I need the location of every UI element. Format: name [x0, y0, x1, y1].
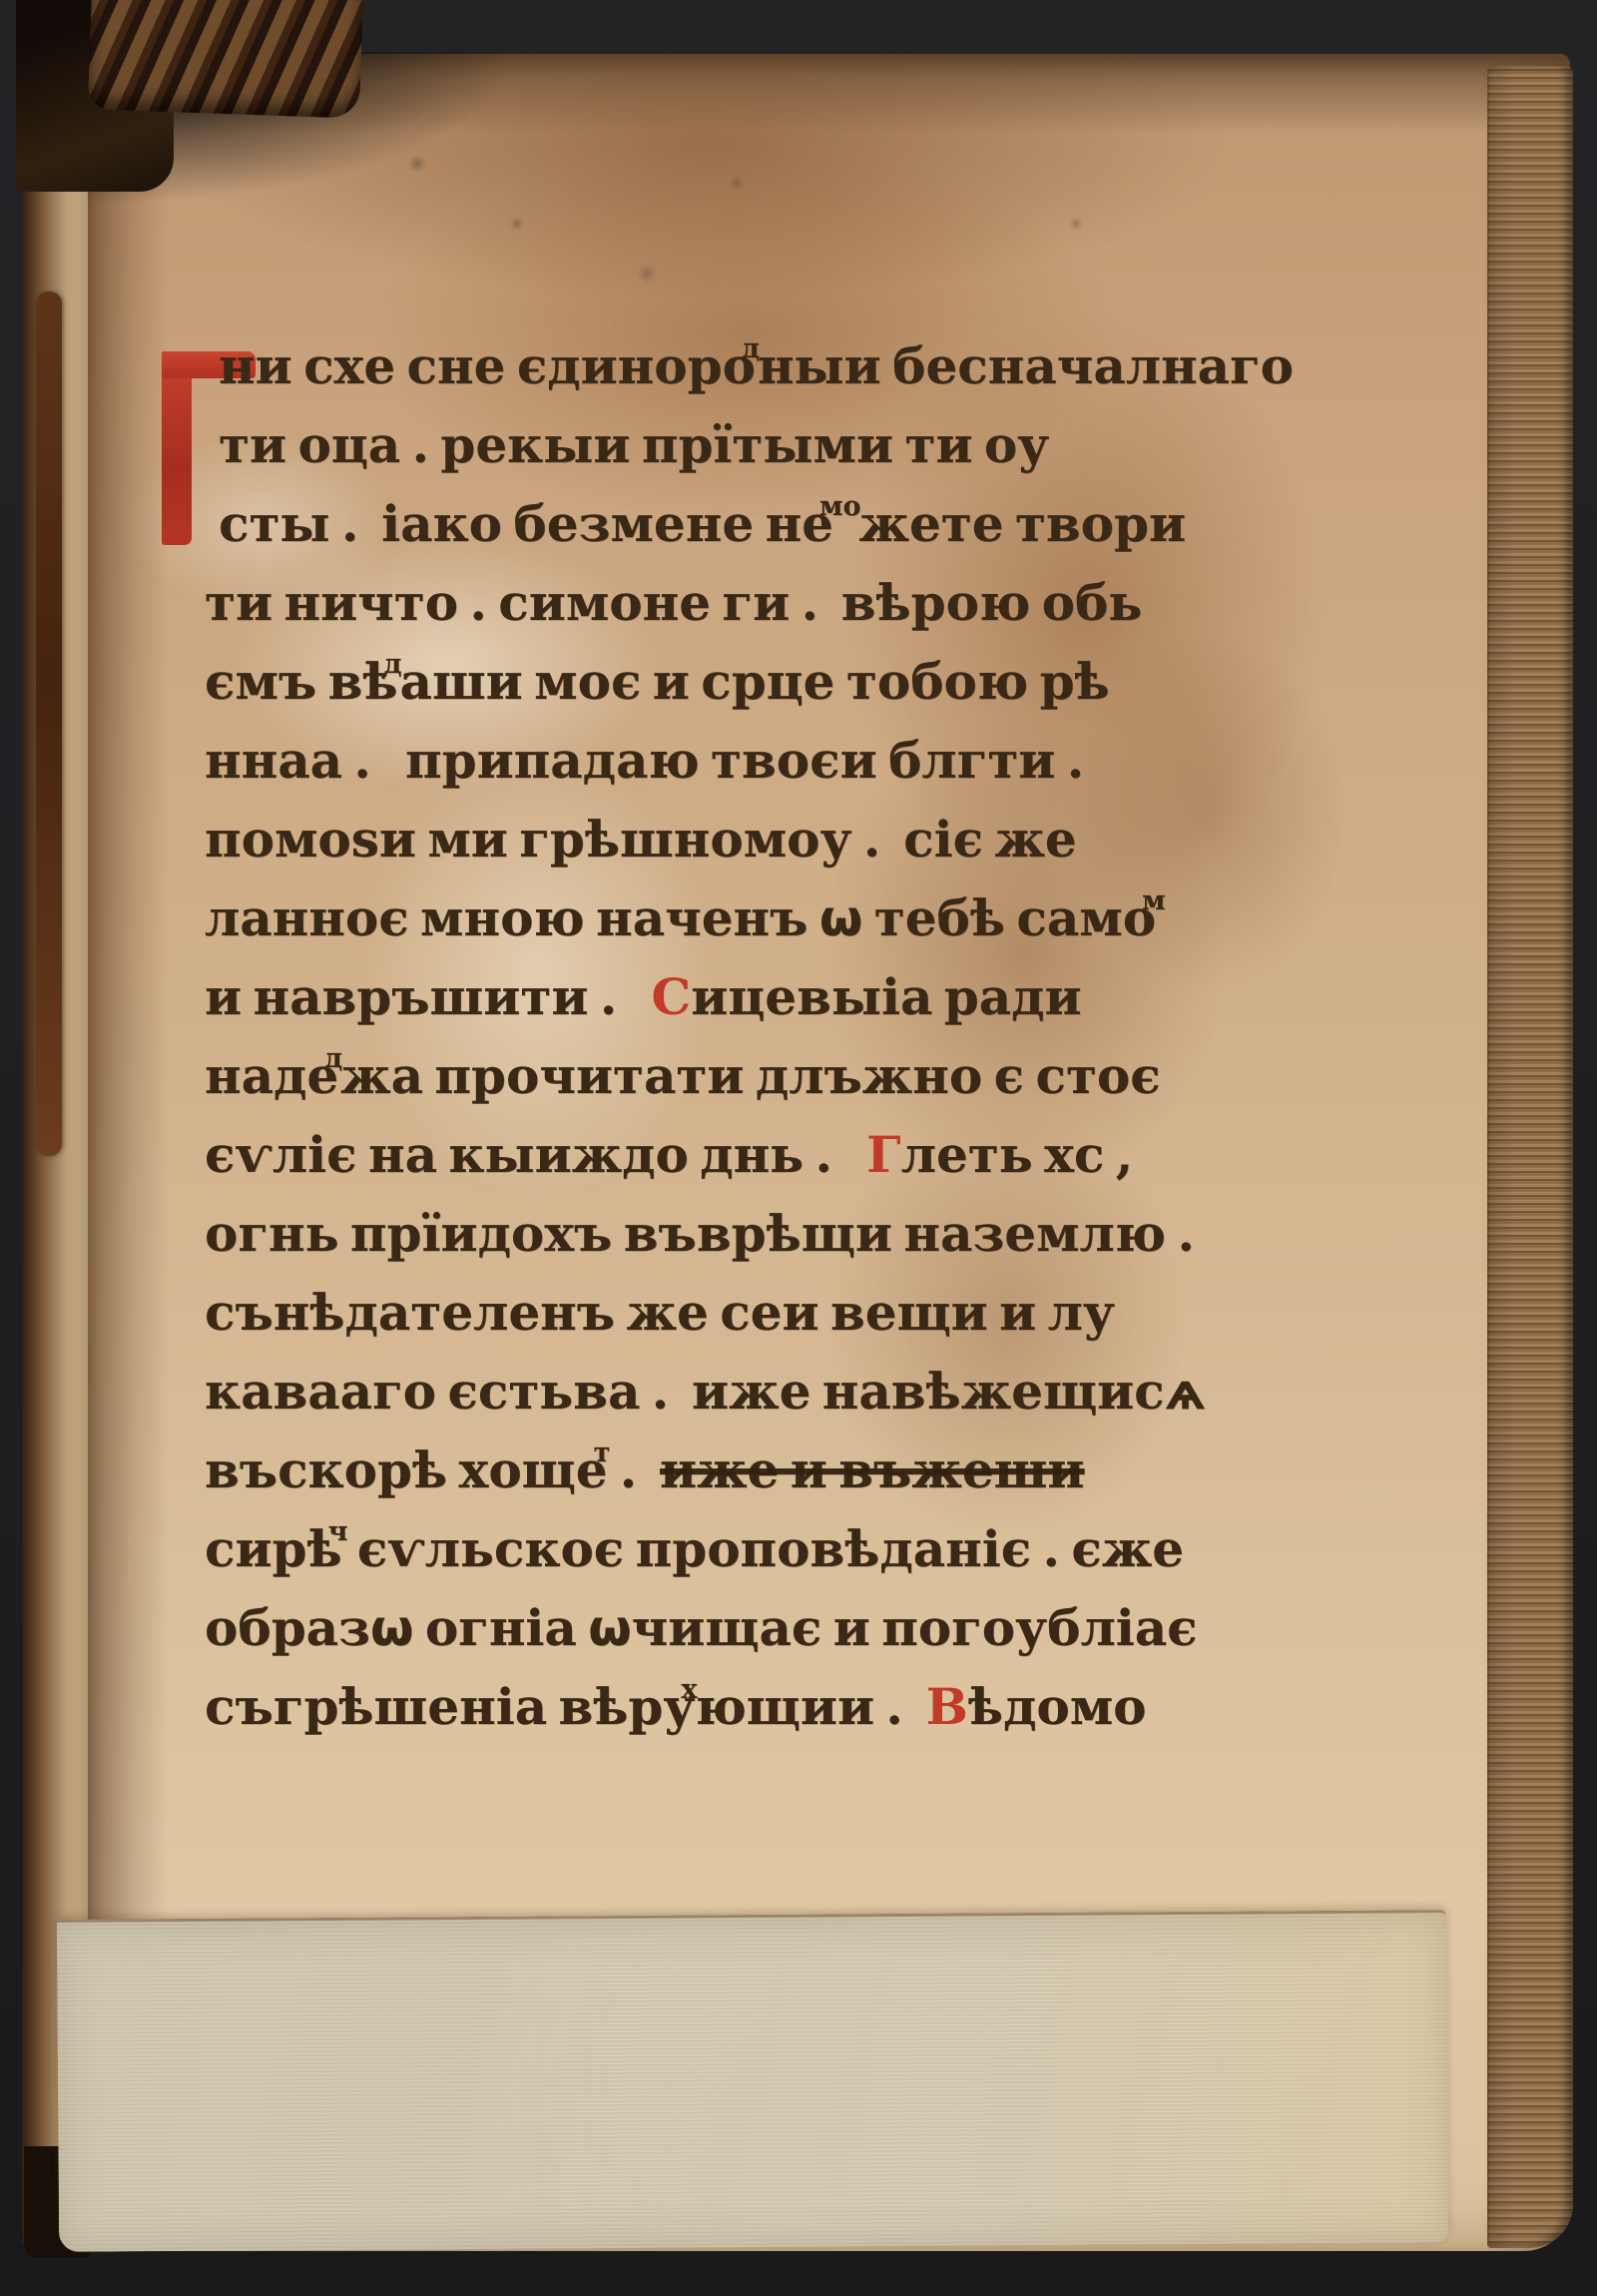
ink-text: аши моє и срце тобою рѣ	[400, 652, 1110, 711]
manuscript-line: помоѕи ми грѣшномоу . сіє же	[205, 815, 1243, 893]
binding-strap	[88, 0, 363, 119]
rubric-initial: С	[651, 967, 691, 1026]
ink-text: .	[608, 1440, 660, 1499]
superscript-letter: т	[594, 1437, 611, 1468]
manuscript-line: сънѣдателенъ же сеи вещи и лу	[205, 1288, 1243, 1367]
manuscript-line: сирѣч єѵльскоє проповѣданіє . єже	[205, 1524, 1243, 1603]
superscript-letter: д	[742, 333, 760, 364]
rubric-initial: В	[926, 1677, 968, 1736]
manuscript-line: ємъ вѣдаши моє и срце тобою рѣ	[205, 657, 1243, 736]
manuscript-line: ннаа . припадаю твоєи блгти .	[205, 736, 1243, 815]
manuscript-line: и навръшити . Сицевыіа ради	[205, 972, 1243, 1051]
ink-text: сты . іако безмене не	[219, 494, 833, 553]
superscript-letter: м	[1142, 885, 1165, 916]
superscript-letter: д	[324, 1043, 342, 1074]
manuscript-line: єѵліє на кыиждо днь . Глеть хс ,	[205, 1130, 1243, 1209]
ink-text: ти ничто . симоне ги . вѣрою обь	[205, 573, 1142, 632]
ink-text: кавааго єстьва . иже навѣжещисѧ	[205, 1362, 1206, 1421]
ink-text: ємъ вѣ	[205, 652, 398, 711]
ink-text: ни схе сне єдиноро	[219, 336, 756, 395]
fore-edge-page-stack	[1487, 66, 1573, 2248]
superscript-letter: мо	[819, 491, 860, 522]
ink-text: сънѣдателенъ же сеи вещи и лу	[205, 1283, 1115, 1342]
superscript-letter: ч	[328, 1516, 348, 1547]
manuscript-photo: Г ни схе сне єдинородныи бесначалнаготи …	[0, 0, 1597, 2296]
repair-patch	[57, 1910, 1448, 2252]
manuscript-line: кавааго єстьва . иже навѣжещисѧ	[205, 1367, 1243, 1445]
ink-text: образѡ огніа ѡчищає и погоубліає	[205, 1598, 1198, 1657]
manuscript-line: въскорѣ хощет . иже и въжеши	[205, 1445, 1243, 1524]
manuscript-line: ти ничто . симоне ги . вѣрою обь	[205, 578, 1243, 657]
ink-text: огнь прїидохъ въврѣщи наземлю .	[205, 1204, 1195, 1263]
manuscript-line: образѡ огніа ѡчищає и погоубліає	[205, 1603, 1243, 1682]
superscript-letter: х	[681, 1674, 697, 1705]
ink-text: ланноє мною наченъ ѡ тебѣ само	[205, 888, 1156, 947]
manuscript-line: ни схе сне єдинородныи бесначалнаго	[205, 341, 1243, 420]
manuscript-line: ланноє мною наченъ ѡ тебѣ самом	[205, 893, 1243, 972]
ink-text: сирѣ	[205, 1519, 342, 1578]
rubric-initial: Г	[866, 1125, 901, 1184]
ink-text: ннаа . припадаю твоєи блгти .	[205, 731, 1084, 790]
ink-text: и навръшити .	[205, 967, 651, 1026]
superscript-letter: д	[384, 649, 402, 680]
manuscript-line: надеджа прочитати длъжно є стоє	[205, 1051, 1243, 1130]
ink-text: жете твори	[858, 494, 1186, 553]
ink-text: леть хс ,	[901, 1125, 1133, 1184]
strikethrough-text: иже и въжеши	[660, 1440, 1085, 1499]
ink-text: ѣдомо	[968, 1677, 1147, 1736]
ink-text: помоѕи ми грѣшномоу . сіє же	[205, 810, 1077, 868]
ink-text: ныи бесначалнаго	[758, 336, 1294, 395]
ink-text: жа прочитати длъжно є стоє	[340, 1046, 1161, 1105]
ink-text: наде	[205, 1046, 338, 1105]
ink-text: єѵльскоє проповѣданіє . єже	[345, 1519, 1184, 1578]
text-block: ни схе сне єдинородныи бесначалнаготи оц…	[205, 341, 1243, 1761]
ink-text: єѵліє на кыиждо днь .	[205, 1125, 866, 1184]
ink-text: ти оца . рекыи прїтыми ти оу	[219, 415, 1049, 474]
binding-cord	[36, 291, 62, 1156]
ink-text: ицевыіа ради	[691, 967, 1081, 1026]
manuscript-line: съгрѣшеніа вѣрухющии . Вѣдомо	[205, 1682, 1243, 1761]
ink-text: въскорѣ хоще	[205, 1440, 608, 1499]
drop-cap-stem	[162, 351, 192, 545]
ink-text: ющии .	[695, 1677, 925, 1736]
manuscript-line: сты . іако безмене неможете твори	[205, 499, 1243, 578]
manuscript-line: ти оца . рекыи прїтыми ти оу	[205, 420, 1243, 499]
manuscript-line: огнь прїидохъ въврѣщи наземлю .	[205, 1209, 1243, 1288]
ink-text: съгрѣшеніа вѣру	[205, 1677, 695, 1736]
